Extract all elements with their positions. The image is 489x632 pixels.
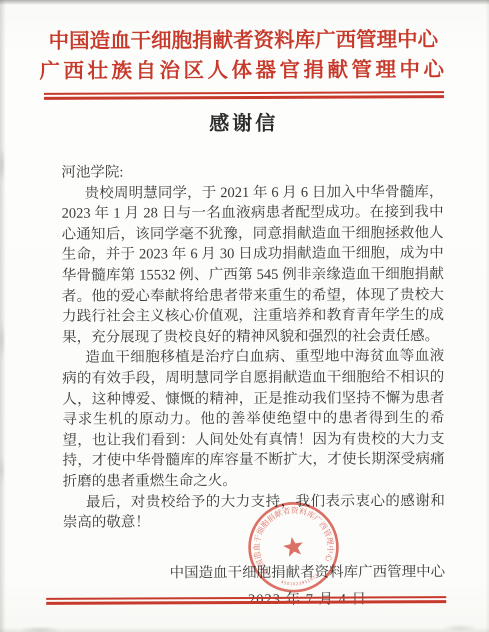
letterhead: 中国造血干细胞捐献者资料库广西管理中心 广西壮族自治区人体器官捐献管理中心 — [0, 0, 488, 100]
letterhead-org-line-1: 中国造血干细胞捐献者资料库广西管理中心 — [0, 26, 488, 57]
seal-star-icon — [282, 535, 305, 557]
letter-title: 感谢信 — [0, 111, 488, 137]
scanned-letter-page: 中国造血干细胞捐献者资料库广西管理中心 广西壮族自治区人体器官捐献管理中心 感谢… — [0, 0, 489, 632]
signature-org: 中国造血干细胞捐献者资料库广西管理中心 — [170, 562, 446, 583]
letterhead-org-line-2: 广西壮族自治区人体器官捐献管理中心 — [0, 56, 488, 87]
paragraph-1: 贵校周明慧同学，于 2021 年 6 月 6 日加入中华骨髓库，2023 年 1… — [61, 182, 444, 348]
letter-body: 河池学院: 贵校周明慧同学，于 2021 年 6 月 6 日加入中华骨髓库，20… — [61, 161, 445, 533]
paragraph-3: 最后，对贵校给予的大力支持，我们表示衷心的感谢和崇高的敬意！ — [63, 491, 445, 534]
salutation: 河池学院: — [61, 161, 443, 183]
letterhead-divider-rule — [44, 91, 444, 100]
paragraph-2: 造血干细胞移植是治疗白血病、重型地中海贫血等血液病的有效手段，周明慧同学自愿捐献… — [62, 346, 445, 492]
